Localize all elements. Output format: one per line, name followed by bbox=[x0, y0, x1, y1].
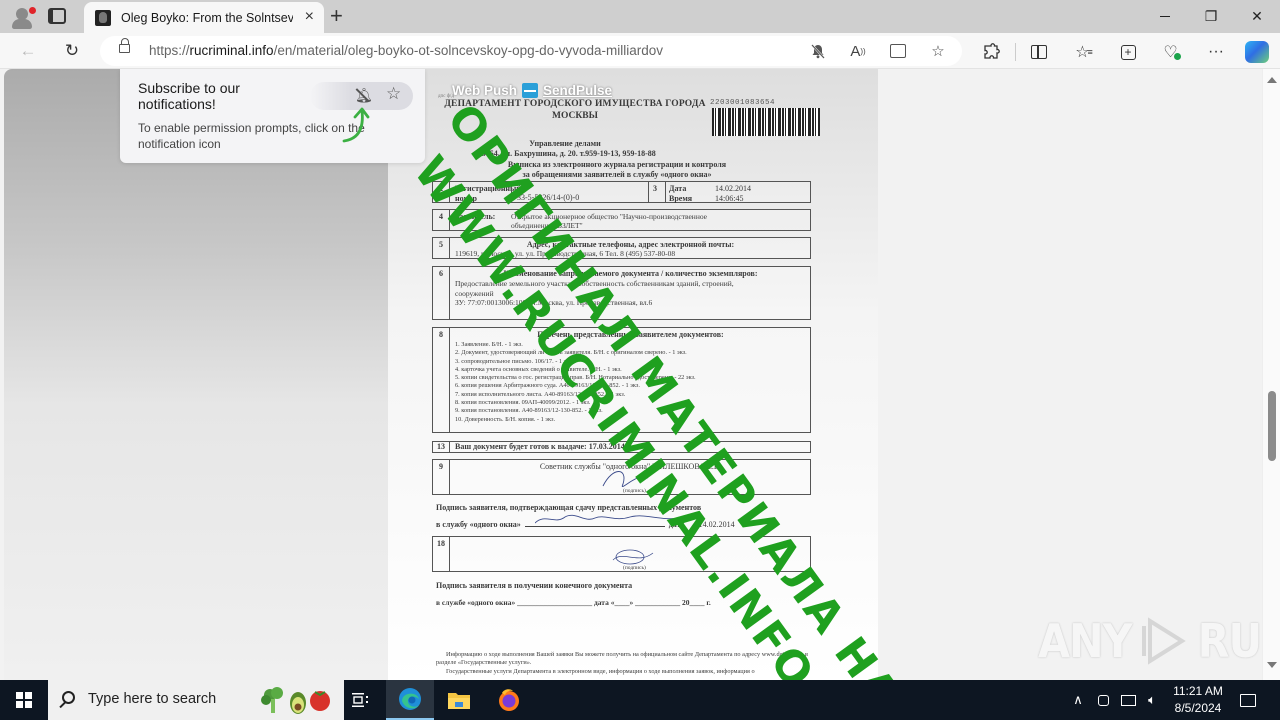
profile-avatar-icon[interactable] bbox=[8, 4, 36, 30]
doc-extract-line1: Выписка из электронного журнала регистра… bbox=[422, 160, 812, 169]
page-background-right bbox=[878, 69, 1262, 680]
row-number: 8 bbox=[433, 328, 450, 432]
row-number: 13 bbox=[433, 442, 450, 452]
doc-row-8: 8 Перечень представленных заявителем док… bbox=[432, 327, 811, 433]
scroll-down-arrow-icon[interactable] bbox=[1267, 662, 1277, 668]
taskbar-search-box[interactable]: Type here to search bbox=[48, 680, 344, 720]
toolbar-divider bbox=[1015, 43, 1016, 61]
more-options-icon[interactable]: ··· bbox=[1204, 41, 1228, 63]
close-window-button[interactable]: ✕ bbox=[1234, 0, 1280, 33]
anyrun-logo: ANY RUN bbox=[1038, 614, 1280, 668]
lock-icon[interactable] bbox=[119, 44, 130, 53]
list-item: 6. копия решения Арбитражного суда. А40-… bbox=[455, 382, 806, 390]
favorites-icon[interactable]: ☆≡ bbox=[1072, 41, 1096, 63]
scroll-up-arrow-icon[interactable] bbox=[1267, 77, 1277, 83]
read-aloud-icon[interactable]: A)) bbox=[847, 41, 869, 61]
new-tab-button[interactable]: + bbox=[330, 4, 343, 28]
requested-doc-title: Наименование запрашиваемого документа / … bbox=[455, 269, 806, 279]
webpush-brand: Web Push SendPulse bbox=[452, 83, 612, 98]
barcode bbox=[712, 108, 820, 136]
url-scheme: https:// bbox=[149, 43, 190, 58]
windows-taskbar: Type here to search ∧ 🔈︎ 11:21 AM 8/5/20… bbox=[0, 680, 1280, 720]
scanned-document: дпс ф/д ДЕПАРТАМЕНТ ГОРОДСКОГО ИМУЩЕСТВА… bbox=[430, 69, 820, 680]
folder-icon bbox=[447, 690, 471, 710]
clock-date: 8/5/2024 bbox=[1160, 700, 1236, 717]
back-arrow-icon[interactable]: ← bbox=[15, 39, 41, 63]
doc-row-18: 18 (подпись) bbox=[432, 536, 811, 572]
row-number: 18 bbox=[433, 537, 450, 571]
tab-strip: Oleg Boyko: From the Solntsevo × + ❐ ✕ bbox=[0, 0, 1280, 33]
browser-essentials-icon[interactable]: ♡ bbox=[1160, 41, 1184, 63]
doc-row-6: 6 Наименование запрашиваемого документа … bbox=[432, 266, 811, 320]
popup-body: To enable permission prompts, click on t… bbox=[138, 120, 368, 152]
doc-extract-line2: за обращениями заявителей в службу «одно… bbox=[422, 170, 812, 179]
requested-doc-value: Предоставление земельного участка в собс… bbox=[455, 279, 806, 308]
documents-list: 1. Заявление. Б/Н. - 1 экз. 2. Документ,… bbox=[455, 341, 806, 424]
search-placeholder: Type here to search bbox=[88, 691, 216, 707]
favorite-star-icon[interactable]: ☆ bbox=[927, 41, 949, 61]
list-item: 8. копия постановления. 09АП-40099/2012.… bbox=[455, 399, 806, 407]
barcode-number: 2203001083654 bbox=[710, 99, 775, 107]
tab-active[interactable]: Oleg Boyko: From the Solntsevo × bbox=[84, 2, 324, 33]
split-screen-icon[interactable] bbox=[1027, 41, 1051, 63]
doc-row-13: 13 Ваш документ будет готов к выдаче: 17… bbox=[432, 441, 811, 453]
notifications-blocked-icon[interactable] bbox=[807, 41, 829, 61]
doc-row-4: 4 Заявитель: Открытое акционерное общест… bbox=[432, 209, 811, 231]
collections-icon[interactable]: + bbox=[1116, 41, 1140, 63]
web-content: дпс ф/д ДЕПАРТАМЕНТ ГОРОДСКОГО ИМУЩЕСТВА… bbox=[0, 69, 1280, 680]
address-bar[interactable]: https://rucriminal.info/en/material/oleg… bbox=[100, 36, 962, 66]
clock-time: 11:21 AM bbox=[1160, 683, 1236, 700]
search-highlight-vegetables-icon bbox=[260, 685, 342, 715]
vertical-scrollbar[interactable] bbox=[1262, 69, 1280, 680]
firefox-icon bbox=[496, 687, 522, 713]
list-item: 4. карточка учета основных сведений о за… bbox=[455, 366, 806, 374]
receipt-signature-line1: Подпись заявителя в получении конечного … bbox=[436, 581, 632, 590]
webpush-label: Web Push bbox=[452, 83, 517, 98]
doc-footer-line2: Государственные услуги Департамента в эл… bbox=[436, 668, 821, 676]
ready-date-text: Ваш документ будет готов к выдаче: 17.03… bbox=[455, 442, 806, 452]
start-button[interactable] bbox=[0, 680, 48, 720]
taskbar-firefox-button[interactable] bbox=[485, 680, 533, 720]
copilot-icon[interactable] bbox=[1245, 41, 1269, 63]
doc-footer-line1: Информацию о ходе выполнения Вашей заявк… bbox=[436, 651, 821, 668]
list-item: 5. копии свидетельства о гос. регистраци… bbox=[455, 374, 806, 382]
meet-now-icon[interactable] bbox=[1094, 680, 1112, 720]
taskbar-file-explorer-button[interactable] bbox=[435, 680, 483, 720]
taskbar-edge-button[interactable] bbox=[386, 680, 434, 720]
extensions-icon[interactable] bbox=[979, 41, 1003, 63]
network-icon[interactable] bbox=[1118, 680, 1138, 720]
url-domain: rucriminal.info bbox=[190, 43, 274, 58]
list-item: 1. Заявление. Б/Н. - 1 экз. bbox=[455, 341, 806, 349]
tab-close-icon[interactable]: × bbox=[305, 8, 314, 26]
contacts-value: 119619, г. Москва, ул. ул. Производствен… bbox=[455, 249, 806, 259]
edge-icon bbox=[397, 686, 423, 712]
show-hidden-icons-chevron-icon[interactable]: ∧ bbox=[1070, 680, 1086, 720]
doc-row-2: 2 Регистрационныйномер 33-5-5326/14-(0)-… bbox=[432, 181, 811, 203]
sendpulse-label: SendPulse bbox=[543, 83, 612, 98]
bell-slash-icon: 🔔︎ bbox=[355, 87, 373, 104]
immersive-reader-icon[interactable] bbox=[887, 41, 909, 61]
list-item: 3. сопроводительное письмо. 106/17. - 1 … bbox=[455, 358, 806, 366]
row-number: 5 bbox=[433, 238, 450, 258]
doc-header-line1: ДЕПАРТАМЕНТ ГОРОДСКОГО ИМУЩЕСТВА ГОРОДА bbox=[430, 99, 720, 109]
subscribe-notification-popup[interactable]: Subscribe to our notifications! To enabl… bbox=[120, 69, 425, 163]
action-center-icon[interactable] bbox=[1236, 680, 1260, 720]
list-item: 10. Доверенность. Б/Н. копия. - 1 экз. bbox=[455, 416, 806, 424]
task-view-button[interactable] bbox=[336, 680, 384, 720]
applicant-handwriting bbox=[535, 509, 685, 529]
list-item: 9. копия постановления. А40-89163/12-130… bbox=[455, 407, 806, 415]
refresh-icon[interactable]: ↻ bbox=[59, 39, 85, 63]
doc-address: 115054, ул. Бахрушина, д. 20. т.959-19-1… bbox=[370, 149, 760, 158]
tab-favicon-icon bbox=[95, 10, 111, 26]
documents-list-title: Перечень представленных заявителем докум… bbox=[455, 330, 806, 340]
minimize-button[interactable] bbox=[1142, 0, 1188, 33]
scrollbar-thumb[interactable] bbox=[1268, 391, 1276, 461]
list-item: 7. копия исполнительного листа. А40-8916… bbox=[455, 391, 806, 399]
url-path: /en/material/oleg-boyko-ot-solncevskoy-o… bbox=[274, 43, 663, 58]
doc-dept: Управление делами bbox=[370, 139, 760, 148]
row-number: 6 bbox=[433, 267, 450, 319]
green-arrow-icon bbox=[342, 105, 372, 145]
doc-row-5: 5 Адрес, контактные телефоны, адрес элек… bbox=[432, 237, 811, 259]
applicant-value: Открытое акционерное общество "Научно-пр… bbox=[511, 212, 806, 230]
windows-logo-icon bbox=[16, 692, 32, 708]
row-number: 4 bbox=[433, 210, 450, 230]
search-icon bbox=[62, 691, 75, 704]
navigation-bar: ← ↻ https://rucriminal.info/en/material/… bbox=[0, 33, 1280, 69]
system-clock[interactable]: 11:21 AM 8/5/2024 bbox=[1160, 683, 1236, 717]
tab-title: Oleg Boyko: From the Solntsevo bbox=[121, 11, 293, 25]
tab-actions-icon[interactable] bbox=[48, 8, 66, 24]
doc-row-9: 9 Советник службы "одного окна" МИЛЕШКОВ… bbox=[432, 459, 811, 495]
task-view-icon bbox=[350, 691, 370, 709]
list-item: 2. Документ, удостоверяющий личность зая… bbox=[455, 349, 806, 357]
volume-icon[interactable]: 🔈︎ bbox=[1142, 680, 1162, 720]
signature-scribble bbox=[593, 466, 653, 494]
anyrun-left: ANY bbox=[1038, 614, 1132, 668]
play-logo-icon bbox=[1140, 616, 1190, 666]
doc-header-line2: МОСКВЫ bbox=[430, 111, 720, 121]
restore-button[interactable]: ❐ bbox=[1188, 0, 1234, 33]
popup-heading: Subscribe to our notifications! bbox=[138, 80, 318, 112]
pulse-icon bbox=[522, 83, 538, 98]
row-number: 9 bbox=[433, 460, 450, 494]
signature-scribble bbox=[608, 545, 658, 567]
row-number: 2 bbox=[433, 182, 450, 202]
url-text[interactable]: https://rucriminal.info/en/material/oleg… bbox=[149, 43, 663, 58]
star-icon: ☆ bbox=[386, 84, 401, 104]
row-3-values: 14.02.201414:06:45 bbox=[715, 184, 806, 204]
receipt-signature-line2: в службе «одного окна» _________________… bbox=[436, 598, 711, 607]
